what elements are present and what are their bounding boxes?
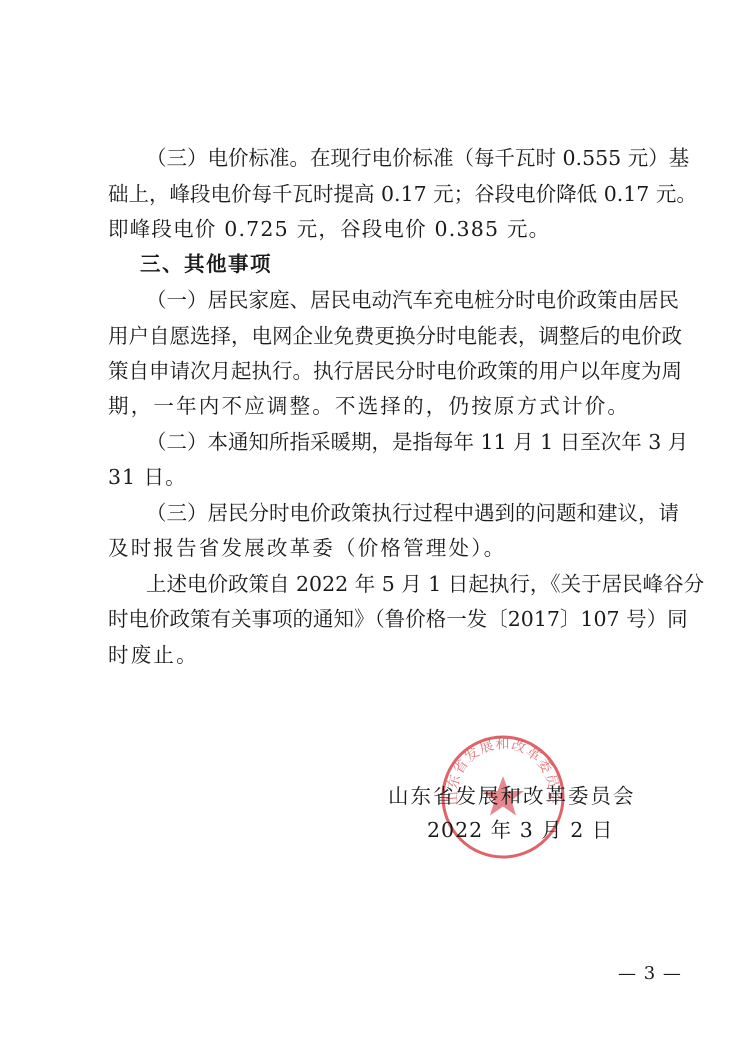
- page-number: — 3 —: [618, 963, 682, 984]
- item-1-line-3: 策自申请次月起执行。执行居民分时电价政策的用户以年度为周: [108, 359, 656, 383]
- section-heading-other-matters: 三、其他事项: [140, 252, 688, 276]
- signing-date: 2022 年 3 月 2 日: [427, 818, 613, 842]
- effective-line-3: 时废止。: [108, 643, 656, 667]
- item-3-line-2: 及时报告省发展改革委（价格管理处）。: [108, 536, 656, 560]
- item-1-line-1: （一）居民家庭、居民电动汽车充电桩分时电价政策由居民: [146, 288, 656, 312]
- price-standard-line-2: 础上，峰段电价每千瓦时提高 0.17 元；谷段电价降低 0.17 元。: [108, 182, 656, 206]
- item-1-line-4: 期，一年内不应调整。不选择的，仍按原方式计价。: [108, 394, 656, 418]
- item-3-line-1: （三）居民分时电价政策执行过程中遇到的问题和建议，请: [146, 501, 656, 525]
- price-standard-line-3: 即峰段电价 0.725 元，谷段电价 0.385 元。: [108, 217, 656, 241]
- effective-line-2: 时电价政策有关事项的通知》（鲁价格一发〔2017〕107 号）同: [108, 607, 656, 631]
- signing-organization: 山东省发展和改革委员会: [388, 784, 636, 808]
- document-page: （三）电价标准。在现行电价标准（每千瓦时 0.555 元）基 础上，峰段电价每千…: [0, 0, 750, 1064]
- effective-line-1: 上述电价政策自 2022 年 5 月 1 日起执行，《关于居民峰谷分: [146, 572, 656, 596]
- item-1-line-2: 用户自愿选择，电网企业免费更换分时电能表，调整后的电价政: [108, 324, 656, 348]
- item-2-line-1: （二）本通知所指采暖期，是指每年 11 月 1 日至次年 3 月: [146, 430, 656, 454]
- item-2-line-2: 31 日。: [108, 465, 656, 489]
- price-standard-line-1: （三）电价标准。在现行电价标准（每千瓦时 0.555 元）基: [146, 146, 656, 170]
